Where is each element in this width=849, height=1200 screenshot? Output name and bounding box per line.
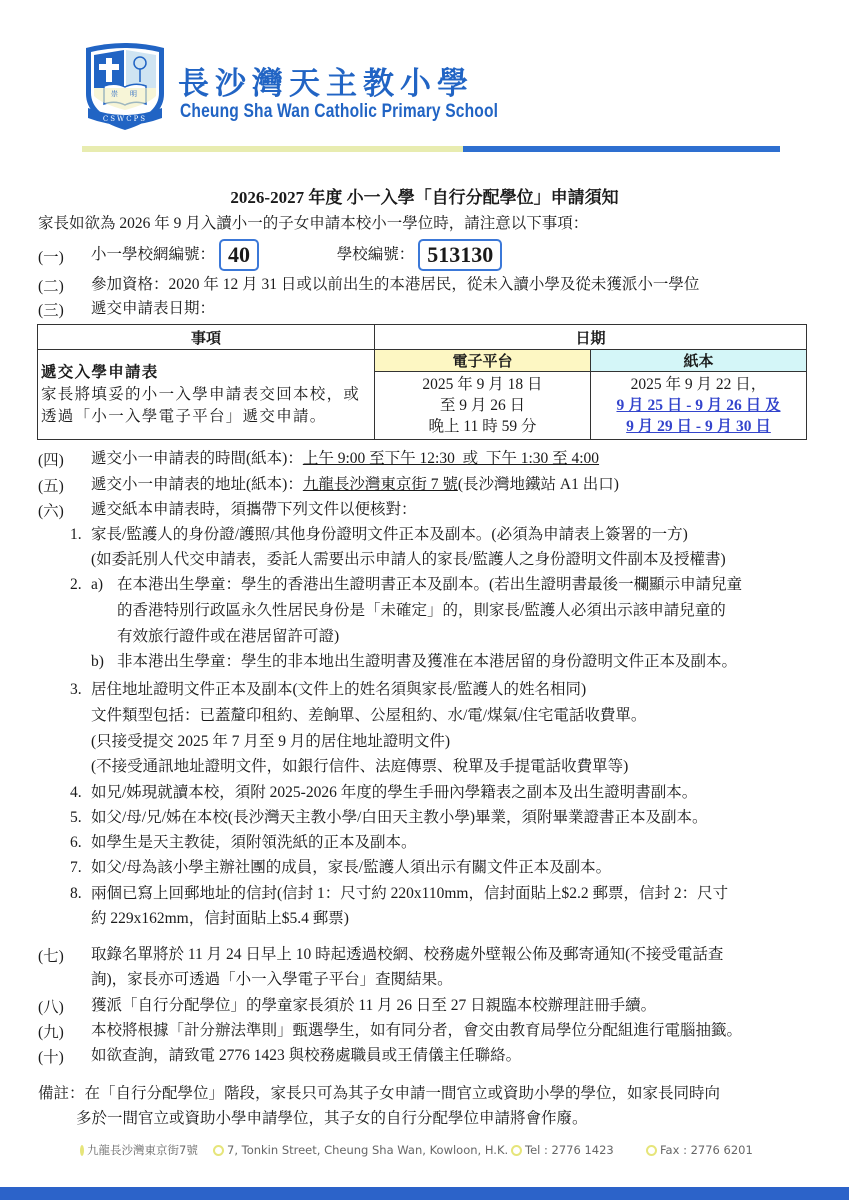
- footer-bar: [0, 1187, 849, 1200]
- section-number: (十): [38, 1045, 64, 1067]
- submission-address-suffix: (長沙灣地鐵站 A1 出口): [458, 476, 619, 493]
- footer-tel: Tel : 2776 1423: [511, 1143, 646, 1157]
- doc-number: 2.: [70, 574, 82, 596]
- footer-contact: 九龍長沙灣東京街7號 7, Tonkin Street, Cheung Sha …: [80, 1141, 780, 1159]
- remark-text: 多於一間官立或資助小學申請學位，其子女的自行分配學位申請將會作廢。: [76, 1108, 588, 1130]
- header-divider-yellow: [82, 146, 463, 152]
- section-number: (六): [38, 499, 64, 521]
- item-title: 遞交入學申請表: [41, 362, 371, 384]
- remark-text: 備註：在「自行分配學位」階段，家長只可為其子女申請一間官立或資助小學的學位，如家…: [38, 1083, 720, 1105]
- table-row-item: 遞交入學申請表 家長將填妥的小一入學申請表交回本校，或 透過「小一入學電子平台」…: [38, 350, 375, 440]
- doc-item-2a: 在本港出生學童：學生的香港出生證明書正本及副本。(若出生證明書最後一欄顯示申請兒…: [117, 574, 742, 596]
- section-number: (四): [38, 448, 64, 470]
- paper-date-link[interactable]: 9 月 29 日 - 9 月 30 日: [591, 416, 806, 437]
- doc-item-8: 約 229x162mm，信封面貼上$5.4 郵票): [91, 908, 349, 930]
- svg-text:明: 明: [130, 89, 137, 98]
- school-name-en: Cheung Sha Wan Catholic Primary School: [180, 101, 498, 123]
- section-number: (五): [38, 474, 64, 496]
- footer-text: Tel : 2776 1423: [525, 1143, 614, 1157]
- doc-item-8: 兩個已寫上回郵地址的信封(信封 1：尺寸約 220x110mm，信封面貼上$2.…: [91, 883, 728, 905]
- page-title: 2026-2027 年度 小一入學「自行分配學位」申請須知: [0, 183, 849, 208]
- footer-address-cn: 九龍長沙灣東京街7號: [80, 1142, 193, 1158]
- col-header-item: 事項: [38, 325, 375, 350]
- doc-item-3: 文件類型包括：已蓋釐印租約、差餉單、公屋租約、水/電/煤氣/住宅電話收費單。: [91, 705, 646, 727]
- section-number: (三): [38, 298, 64, 320]
- doc-number: 6.: [70, 832, 82, 854]
- svg-text:CSWCPS: CSWCPS: [103, 115, 147, 123]
- doc-number: 8.: [70, 883, 82, 905]
- col-header-online: 電子平台: [375, 350, 591, 372]
- bullet-icon: [213, 1145, 224, 1156]
- doc-number: 4.: [70, 782, 82, 804]
- doc-item-6: 如學生是天主教徒，須附領洗紙的正本及副本。: [91, 832, 417, 854]
- footer-text: Fax : 2776 6201: [660, 1143, 753, 1157]
- bullet-icon: [80, 1145, 84, 1156]
- submission-address: 遞交小一申請表的地址(紙本)：九龍長沙灣東京街 7 號(長沙灣地鐵站 A1 出口…: [91, 474, 619, 496]
- item-desc-1: 家長將填妥的小一入學申請表交回本校，或: [41, 384, 371, 406]
- doc-item-1-note: (如委託別人代交申請表，委託人需要出示申請人的家長/監護人之身份證明文件副本及授…: [91, 549, 726, 571]
- online-date-line: 晚上 11 時 59 分: [375, 416, 590, 437]
- doc-item-2b: 非本港出生學童：學生的非本地出生證明書及獲准在本港居留的身份證明文件正本及副本。: [117, 651, 737, 673]
- doc-sub-label: a): [91, 574, 103, 596]
- bullet-icon: [646, 1145, 657, 1156]
- footer-fax: Fax : 2776 6201: [646, 1143, 753, 1157]
- doc-item-1: 家長/監護人的身份證/護照/其他身份證明文件正本及副本。(必須為申請表上簽署的一…: [91, 524, 688, 546]
- doc-item-4: 如兄/姊現就讀本校，須附 2025-2026 年度的學生手冊內學籍表之副本及出生…: [91, 782, 697, 804]
- submission-dates-table: 事項 日期 遞交入學申請表 家長將填妥的小一入學申請表交回本校，或 透過「小一入…: [37, 324, 807, 440]
- enquiry-text: 如欲查詢，請致電 2776 1423 與校務處職員或王倩儀主任聯絡。: [91, 1045, 521, 1067]
- results-text: 詢)，家長亦可透過「小一入學電子平台」查閱結果。: [91, 969, 453, 991]
- svg-text:崇: 崇: [111, 89, 118, 98]
- online-date-line: 2025 年 9 月 18 日: [375, 374, 590, 395]
- doc-sub-label: b): [91, 651, 104, 673]
- doc-item-3: (只接受提交 2025 年 7 月至 9 月的居住地址證明文件): [91, 731, 450, 753]
- doc-item-3: 居住地址證明文件正本及副本(文件上的姓名須與家長/監護人的姓名相同): [91, 679, 586, 701]
- online-date-line: 至 9 月 26 日: [375, 395, 590, 416]
- eligibility-text: 參加資格：2020 年 12 月 31 日或以前出生的本港居民，從未入讀小學及從…: [91, 274, 699, 296]
- net-number-box: 40: [219, 239, 259, 271]
- school-logo: 崇 明 CSWCPS: [78, 38, 172, 132]
- col-header-paper: 紙本: [591, 350, 807, 372]
- doc-number: 5.: [70, 807, 82, 829]
- submission-address-value: 九龍長沙灣東京街 7 號: [303, 476, 458, 493]
- col-header-date: 日期: [375, 325, 807, 350]
- section-number: (七): [38, 944, 64, 966]
- online-date-cell: 2025 年 9 月 18 日 至 9 月 26 日 晚上 11 時 59 分: [375, 372, 591, 440]
- section-1: 小一學校網編號：40 學校編號：513130: [91, 238, 502, 272]
- doc-item-5: 如父/母/兄/姊在本校(長沙灣天主教小學/白田天主教小學)畢業，須附畢業證書正本…: [91, 807, 708, 829]
- intro-text: 家長如欲為 2026 年 9 月入讀小一的子女申請本校小一學位時，請注意以下事項…: [38, 213, 588, 235]
- registration-text: 獲派「自行分配學位」的學童家長須於 11 月 26 日至 27 日親臨本校辦理註…: [91, 995, 656, 1017]
- school-no-label: 學校編號：: [337, 246, 415, 263]
- doc-item-2a: 有效旅行證件或在港居留許可證): [117, 626, 339, 648]
- doc-item-2a: 的香港特別行政區永久性居民身份是「未確定」的，則家長/監護人必須出示該申請兒童的: [117, 600, 726, 622]
- documents-heading: 遞交紙本申請表時，須攜帶下列文件以便核對：: [91, 499, 417, 521]
- submission-address-label: 遞交小一申請表的地址(紙本)：: [91, 476, 303, 493]
- results-text: 取錄名單將於 11 月 24 日早上 10 時起透過校網、校務處外壁報公佈及郵寄…: [91, 944, 723, 966]
- footer-address-en: 7, Tonkin Street, Cheung Sha Wan, Kowloo…: [213, 1143, 511, 1157]
- doc-item-7: 如父/母為該小學主辦社團的成員，家長/監護人須出示有關文件正本及副本。: [91, 857, 611, 879]
- section-number: (九): [38, 1020, 64, 1042]
- paper-date-line: 2025 年 9 月 22 日，: [591, 374, 806, 395]
- item-desc-2: 透過「小一入學電子平台」遞交申請。: [41, 406, 371, 428]
- paper-date-cell: 2025 年 9 月 22 日， 9 月 25 日 - 9 月 26 日 及 9…: [591, 372, 807, 440]
- section-number: (八): [38, 995, 64, 1017]
- doc-number: 3.: [70, 679, 82, 701]
- submission-time-value: 上午 9:00 至下午 12:30 或 下午 1:30 至 4:00: [303, 450, 599, 467]
- doc-item-3: (不接受通訊地址證明文件，如銀行信件、法庭傳票、稅單及手提電話收費單等): [91, 756, 628, 778]
- paper-date-link[interactable]: 9 月 25 日 - 9 月 26 日 及: [591, 395, 806, 416]
- school-name-cn: 長沙灣天主教小學: [178, 58, 474, 103]
- footer-text: 九龍長沙灣東京街7號: [87, 1142, 198, 1158]
- doc-number: 1.: [70, 524, 82, 546]
- footer-text: 7, Tonkin Street, Cheung Sha Wan, Kowloo…: [227, 1143, 508, 1157]
- selection-text: 本校將根據「計分辦法準則」甄選學生，如有同分者，會交由教育局學位分配組進行電腦抽…: [91, 1020, 742, 1042]
- bullet-icon: [511, 1145, 522, 1156]
- submission-time-label: 遞交小一申請表的時間(紙本)：: [91, 450, 303, 467]
- school-number-box: 513130: [418, 239, 502, 271]
- header-divider-blue: [463, 146, 780, 152]
- submission-dates-heading: 遞交申請表日期：: [91, 298, 215, 320]
- submission-time: 遞交小一申請表的時間(紙本)：上午 9:00 至下午 12:30 或 下午 1:…: [91, 448, 599, 470]
- section-number: (一): [38, 245, 64, 267]
- net-label: 小一學校網編號：: [91, 246, 215, 263]
- section-number: (二): [38, 274, 64, 296]
- doc-number: 7.: [70, 857, 82, 879]
